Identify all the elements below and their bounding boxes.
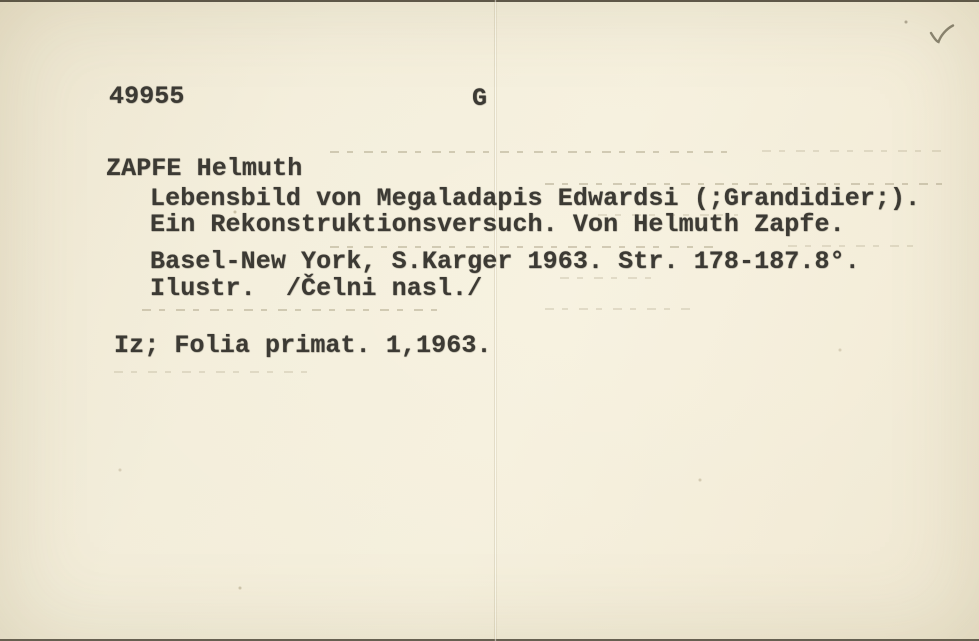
- call-number: 49955: [109, 84, 185, 109]
- impression-line: [142, 309, 442, 311]
- impression-line: [330, 151, 730, 153]
- impression-line: [545, 308, 695, 310]
- impression-line: [762, 150, 947, 152]
- imprint-line-2: Ilustr. /Čelni nasl./: [150, 276, 482, 301]
- scan-edge-top: [0, 0, 979, 2]
- title-line-1: Lebensbild von Megaladapis Edwardsi (;Gr…: [150, 186, 920, 211]
- catalog-card: 49955 G ZAPFE Helmuth Lebensbild von Meg…: [0, 0, 979, 641]
- author-heading: ZAPFE Helmuth: [106, 156, 302, 181]
- impression-line: [114, 371, 314, 373]
- imprint-line-1: Basel-New York, S.Karger 1963. Str. 178-…: [150, 249, 860, 274]
- impression-line: [560, 277, 660, 279]
- section-letter: G: [472, 86, 487, 111]
- source-note: Iz; Folia primat. 1,1963.: [114, 333, 492, 358]
- title-line-2: Ein Rekonstruktionsversuch. Von Helmuth …: [150, 212, 845, 237]
- pencil-checkmark-icon: [928, 24, 956, 50]
- card-crease-line: [494, 0, 497, 641]
